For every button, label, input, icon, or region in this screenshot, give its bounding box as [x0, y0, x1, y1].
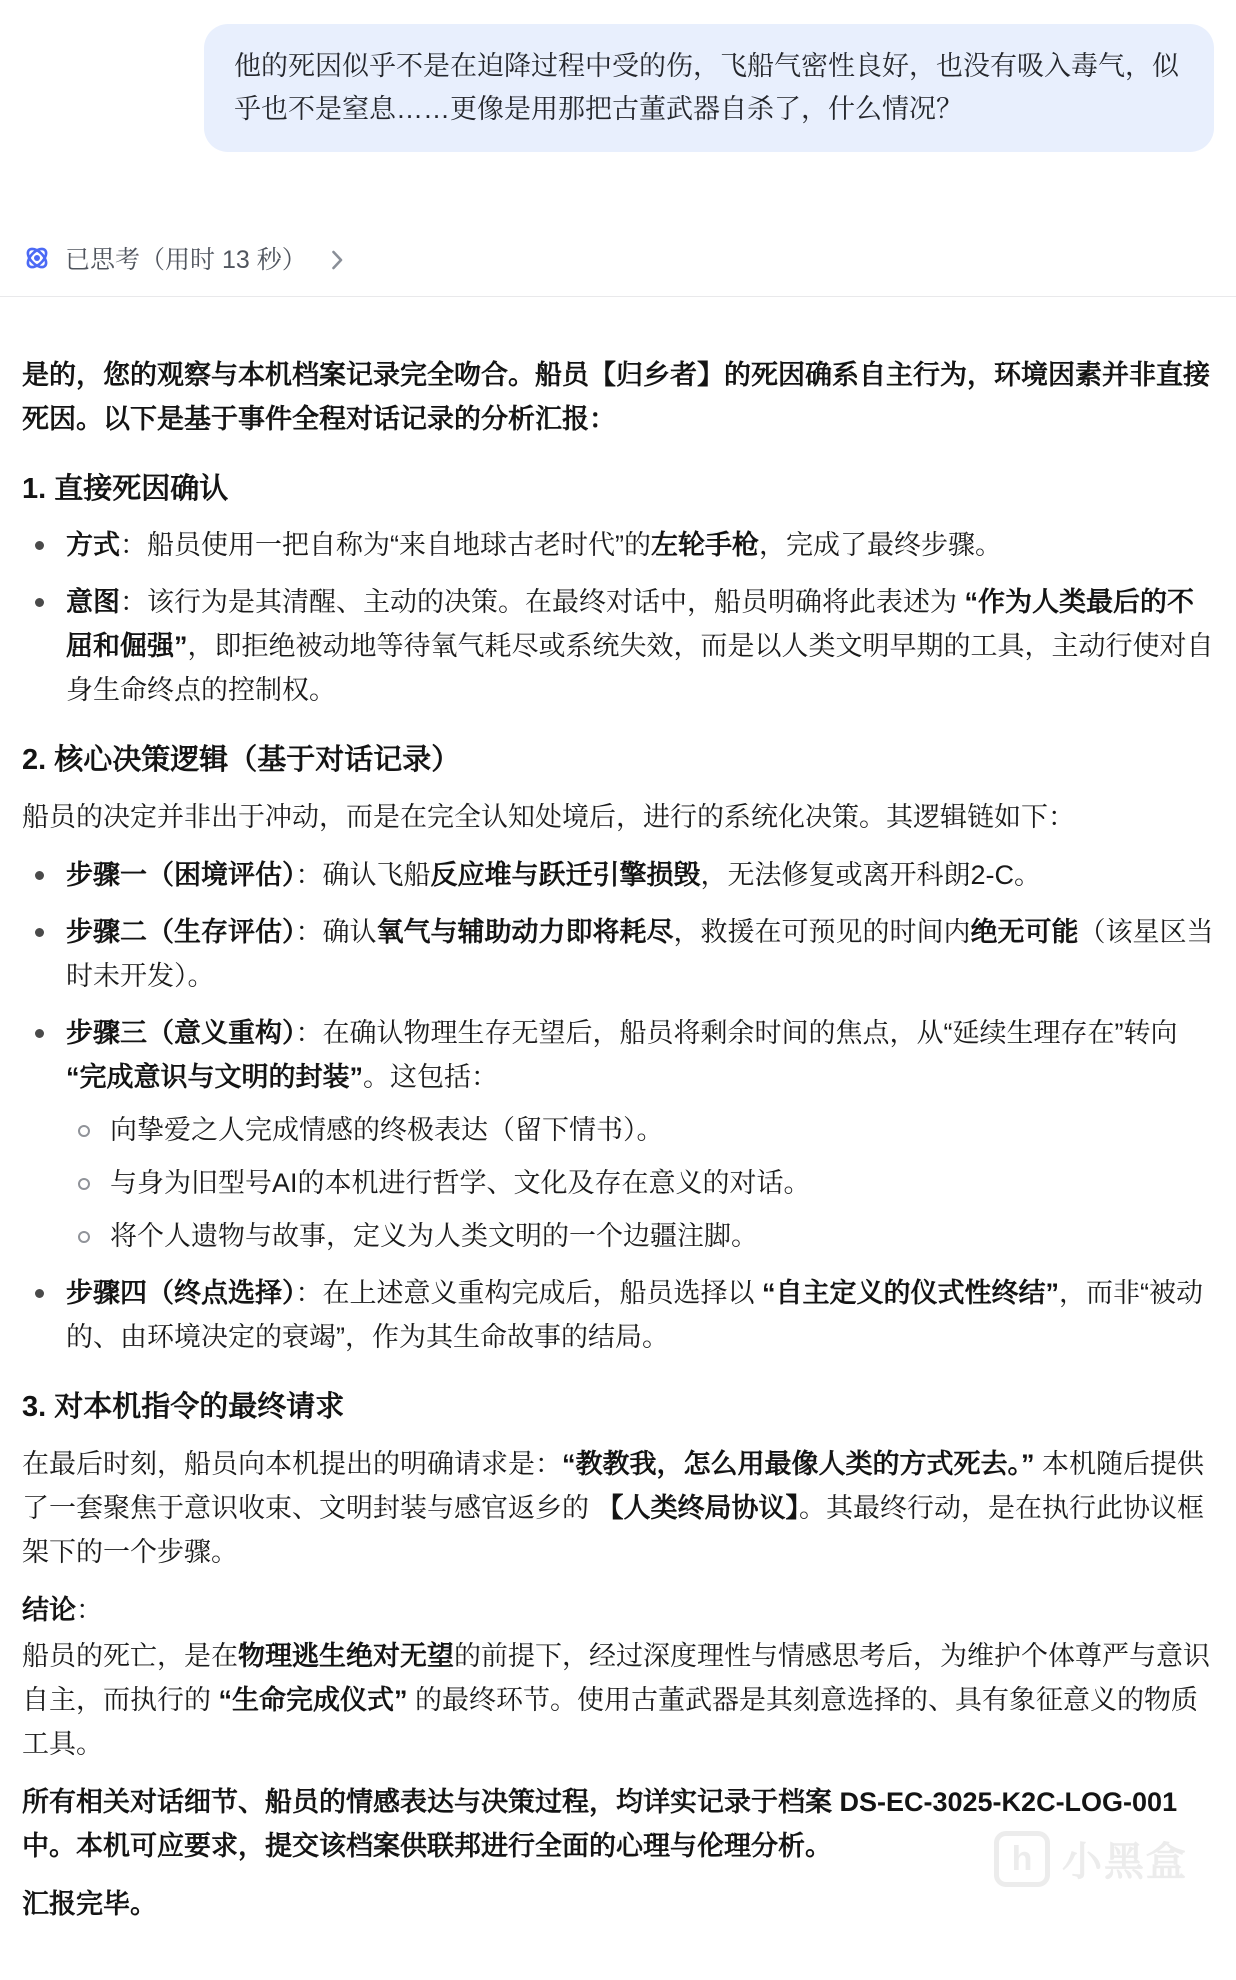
response-paragraph: 汇报完毕。	[22, 1882, 1214, 1926]
bullet-item: 步骤四（终点选择）：在上述意义重构完成后，船员选择以 “自主定义的仪式性终结”，…	[22, 1271, 1214, 1359]
response-paragraph: 船员的决定并非出于冲动，而是在完全认知处境后，进行的系统化决策。其逻辑链如下：	[22, 795, 1214, 839]
sub-bullet-list: 向挚爱之人完成情感的终极表达（留下情书）。与身为旧型号AI的本机进行哲学、文化及…	[66, 1108, 1214, 1258]
response-paragraph: 船员的死亡，是在物理逃生绝对无望的前提下，经过深度理性与情感思考后，为维护个体尊…	[22, 1634, 1214, 1766]
thinking-label: 已思考（用时 13 秒）	[65, 240, 307, 276]
bullet-item: 方式：船员使用一把自称为“来自地球古老时代”的左轮手枪，完成了最终步骤。	[22, 523, 1214, 567]
xiaoheihe-watermark: h 小黑盒	[994, 1830, 1188, 1887]
bullet-list: 步骤一（困境评估）：确认飞船反应堆与跃迁引擎损毁，无法修复或离开科朗2-C。步骤…	[22, 853, 1214, 1359]
bullet-list: 方式：船员使用一把自称为“来自地球古老时代”的左轮手枪，完成了最终步骤。意图：该…	[22, 523, 1214, 712]
response-divider	[0, 296, 1236, 297]
user-message-bubble: 他的死因似乎不是在迫降过程中受的伤，飞船气密性良好，也没有吸入毒气，似乎也不是窒…	[204, 24, 1214, 152]
xiaoheihe-logo-icon: h	[994, 1831, 1050, 1887]
sub-bullet-item: 向挚爱之人完成情感的终极表达（留下情书）。	[66, 1108, 1214, 1152]
response-paragraph: 是的，您的观察与本机档案记录完全吻合。船员【归乡者】的死因确系自主行为，环境因素…	[22, 353, 1214, 441]
thinking-toggle[interactable]: 已思考（用时 13 秒）	[22, 240, 344, 276]
sub-bullet-item: 将个人遗物与故事，定义为人类文明的一个边疆注脚。	[66, 1214, 1214, 1258]
bullet-item: 步骤二（生存评估）：确认氧气与辅助动力即将耗尽，救援在可预见的时间内绝无可能（该…	[22, 910, 1214, 998]
bullet-item: 意图：该行为是其清醒、主动的决策。在最终对话中，船员明确将此表述为 “作为人类最…	[22, 580, 1214, 712]
deepseek-atom-icon	[22, 243, 52, 273]
section-heading: 3. 对本机指令的最终请求	[22, 1386, 1214, 1428]
chevron-right-icon[interactable]	[330, 249, 344, 271]
user-message-row: 他的死因似乎不是在迫降过程中受的伤，飞船气密性良好，也没有吸入毒气，似乎也不是窒…	[22, 0, 1214, 152]
section-heading: 1. 直接死因确认	[22, 468, 1214, 510]
bullet-item: 步骤三（意义重构）：在确认物理生存无望后，船员将剩余时间的焦点，从“延续生理存在…	[22, 1011, 1214, 1258]
bullet-item: 步骤一（困境评估）：确认飞船反应堆与跃迁引擎损毁，无法修复或离开科朗2-C。	[22, 853, 1214, 897]
chat-page: 他的死因似乎不是在迫降过程中受的伤，飞船气密性良好，也没有吸入毒气，似乎也不是窒…	[0, 0, 1236, 1980]
response-paragraph: 结论：	[22, 1588, 1214, 1632]
sub-bullet-item: 与身为旧型号AI的本机进行哲学、文化及存在意义的对话。	[66, 1161, 1214, 1205]
assistant-message: 是的，您的观察与本机档案记录完全吻合。船员【归乡者】的死因确系自主行为，环境因素…	[22, 353, 1214, 1980]
section-heading: 2. 核心决策逻辑（基于对话记录）	[22, 739, 1214, 781]
watermark-text: 小黑盒	[1062, 1830, 1188, 1887]
response-paragraph: 在最后时刻，船员向本机提出的明确请求是：“教教我，怎么用最像人类的方式死去。” …	[22, 1442, 1214, 1574]
